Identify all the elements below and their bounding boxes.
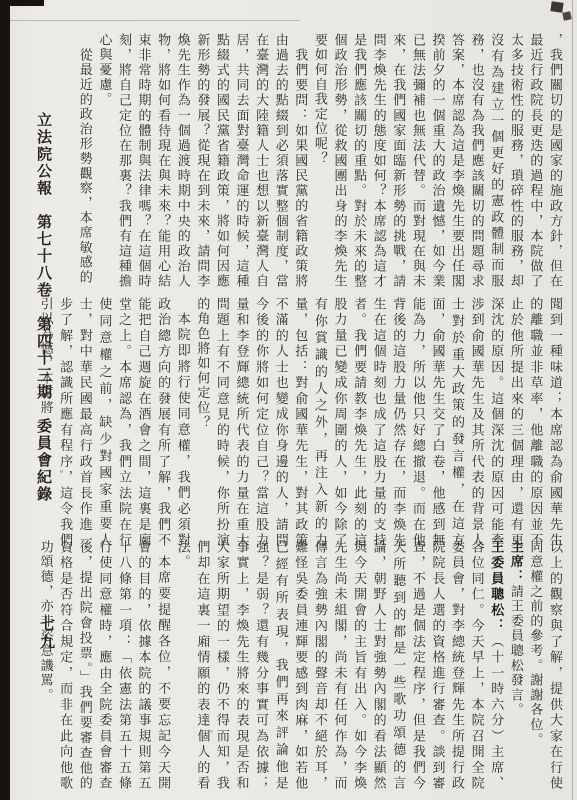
speaker-name: 王委員聰松： [489,540,504,634]
binding-bar [0,0,10,800]
paragraph: 本院即將行使同意權，我們必須對政治總方向的發展有所了解，我們不能把自己週旋在酒會… [36,297,193,548]
top-rule-line [10,20,300,21]
speaker-name: 主席： [509,540,524,584]
paragraph: 王委員聰松：（十一時六分）主席、各位同仁。今天早上，本院召開全院委員會，對李總統… [173,540,506,791]
gazette-page: 立法院公報 第七十八卷 第四十三期 委員會紀錄 七九 ，我們關切的是國家的施政方… [0,0,577,800]
paragraph: 我們要問：如果國民黨的省籍政策將由過去的點綴到必須落實整個制度，當在臺灣的大陸籍… [95,33,311,289]
paragraph: 聞到一種味道；本席認為俞國華先生的離職並非草率，他離職的原因並不止於他所提出來的… [193,297,565,548]
text-band-bottom: 以上的觀察與了解，提供大家在行使同意權之前的參考。謝謝各位。主席：請王委員聰松發… [68,540,565,791]
right-edge-line [572,0,573,800]
text-band-top: ，我們關切的是國家的施政方針，但在最近行政院長更迭的過程中，本院做了太多技術性的… [68,33,565,289]
paragraph: 以上的觀察與了解，提供大家在行使同意權之前的參考。謝謝各位。 [526,540,565,791]
text-band-middle: 聞到一種味道；本席認為俞國華先生的離職並非草率，他離職的原因並不止於他所提出來的… [68,297,565,548]
scan-blob-top-right [550,1,563,13]
scan-blob-top-right-2 [562,11,571,20]
paragraph: 本席要提醒各位，不要忘記今天開會的目的，依據本院的議事規則第五十八條第一項：「依… [36,540,173,791]
paragraph: ，我們關切的是國家的施政方針，但在最近行政院長更迭的過程中，本院做了太多技術性的… [310,33,565,289]
paragraph: 從最近的政治形勢觀察，本席敏感的 [75,33,95,289]
paragraph: 主席：請王委員聰松發言。 [506,540,526,791]
scan-corner-mark [0,0,44,6]
